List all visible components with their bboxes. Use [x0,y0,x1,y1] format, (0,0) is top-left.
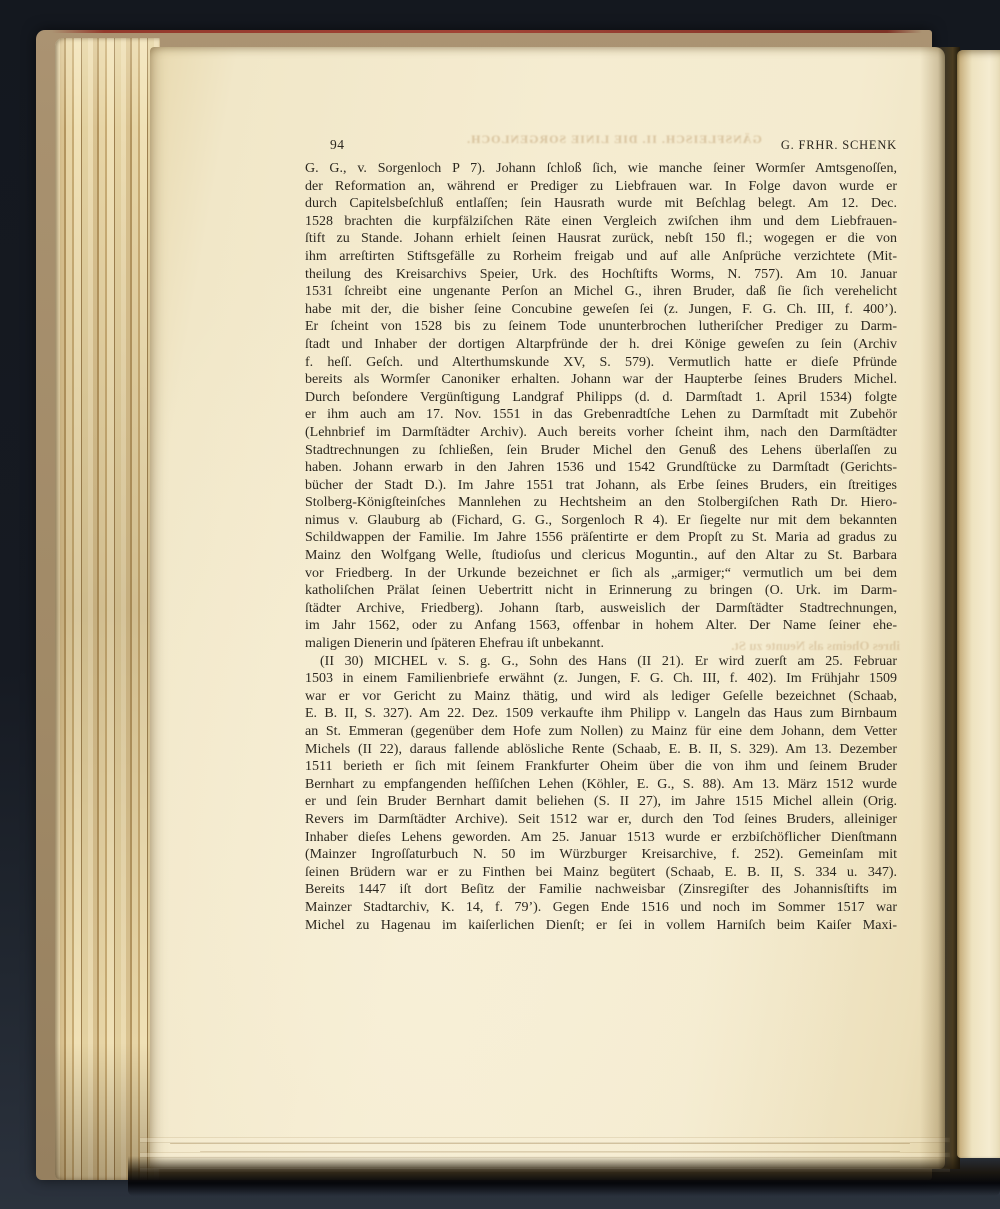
scanned-book-photo: { "colors": { "bg_top": "#14181f", "bg_b… [0,0,1000,1209]
gutter-shadow [920,47,960,1169]
text-line: maligen Dienerin und ſpäteren Ehefrau iſ… [305,635,897,653]
page-bottom-shadow [128,1156,1000,1196]
text-line: Schildwappen der Familie. Im Jahre 1556 … [305,529,897,547]
text-line: haben. Johann erwarb in den Jahren 1536 … [305,459,897,477]
text-line: Revers im Darmſtädter Archive). Seit 151… [305,811,897,829]
text-line: Er ſcheint von 1528 bis zu ſeinem Tode u… [305,318,897,336]
text-line: nimus v. Glauburg ab (Fichard, G. G., So… [305,512,897,530]
text-line: 1503 in einem Familienbriefe erwähnt (z.… [305,670,897,688]
text-line: theilung des Kreisarchivs Speier, Urk. d… [305,266,897,284]
text-line: der Reformation an, während er Prediger … [305,178,897,196]
text-line: Mainz den Wolfgang Welle, ſtudioſus und … [305,547,897,565]
text-line: Stadtrechnungen zu ſchließen, ſein Brude… [305,442,897,460]
text-line: ſtift zu Stande. Johann erhielt ſeinen H… [305,230,897,248]
text-line: ſtadt und Inhaber der dortigen Altarpfrü… [305,336,897,354]
text-line: E. B. II, S. 327). Am 22. Dez. 1509 verk… [305,705,897,723]
text-line: Stolberg-Königſteinſches Mannlehen zu He… [305,494,897,512]
page-edge-stack-left [55,38,160,1180]
text-line: durch Capitelsbeſchluß entlaſſen; ſein H… [305,195,897,213]
text-line: G. G., v. Sorgenloch P 7). Johann ſchloß… [305,160,897,178]
text-line: bereits als Wormſer Canoniker erhalten. … [305,371,897,389]
text-line: Michels (II 22), daraus fallende ablösli… [305,741,897,759]
next-page-sliver [957,50,1000,1158]
text-line: bücher der Stadt D.). Im Jahre 1551 trat… [305,477,897,495]
text-line: 1511 berieth er ſich mit ſeinem Frankfur… [305,758,897,776]
text-line: Inhaber dieſes Lehens geworden. Am 25. J… [305,829,897,847]
text-line: war er vor Gericht zu Mainz thätig, und … [305,688,897,706]
text-line: er ihm auch am 17. Nov. 1551 in das Greb… [305,406,897,424]
cover-red-edge [52,30,922,33]
text-line: (Mainzer Ingroſſaturbuch N. 50 im Würzbu… [305,846,897,864]
text-line: (Lehnbrief im Darmſtädter Archiv). Auch … [305,424,897,442]
running-header: G. FRHR. SCHENK [600,138,897,153]
paper-crease-line [170,1143,910,1144]
body-text: G. G., v. Sorgenloch P 7). Johann ſchloß… [305,160,897,934]
text-line: Durch beſondere Vergünſtigung Landgraf P… [305,389,897,407]
text-line: ſtädter Archive, Friedberg). Johann ſtar… [305,600,897,618]
text-line: f. heſſ. Geſch. und Alterthumskunde XV, … [305,354,897,372]
text-line: 1528 brachten die kurpfälziſchen Räte ei… [305,213,897,231]
text-line: habe mit der, die bisher ſeine Concubine… [305,301,897,319]
text-line: vor Friedberg. In der Urkunde bezeichnet… [305,565,897,583]
text-line: im Jahr 1562, oder zu Anfang 1563, offen… [305,617,897,635]
text-line: (II 30) MICHEL v. S. g. G., Sohn des Han… [305,653,897,671]
text-line: ihm arreſtirten Stiftsgefälle zu Rorheim… [305,248,897,266]
text-line: 1531 ſchreibt eine ungenante Perſon an M… [305,283,897,301]
text-line: Michel zu Hagenau im kaiſerlichen Dienſt… [305,917,897,935]
text-line: Mainzer Stadtarchiv, K. 14, f. 79’). Geg… [305,899,897,917]
text-line: Bereits 1447 iſt dort Beſitz der Familie… [305,881,897,899]
text-line: katholiſchen Prälat ſeinen Uebertritt ni… [305,582,897,600]
text-line: er und ſein Bruder Bernhart damit belieh… [305,793,897,811]
folio-number: 94 [330,137,345,153]
paper-crease-line [200,1151,900,1152]
text-line: Bernhart zu empfangenden heſſiſchen Lehe… [305,776,897,794]
text-line: ſeinen Brüdern war er zu Finthen bei Mai… [305,864,897,882]
text-line: an St. Emmeran (gegenüber dem Hofe zum N… [305,723,897,741]
